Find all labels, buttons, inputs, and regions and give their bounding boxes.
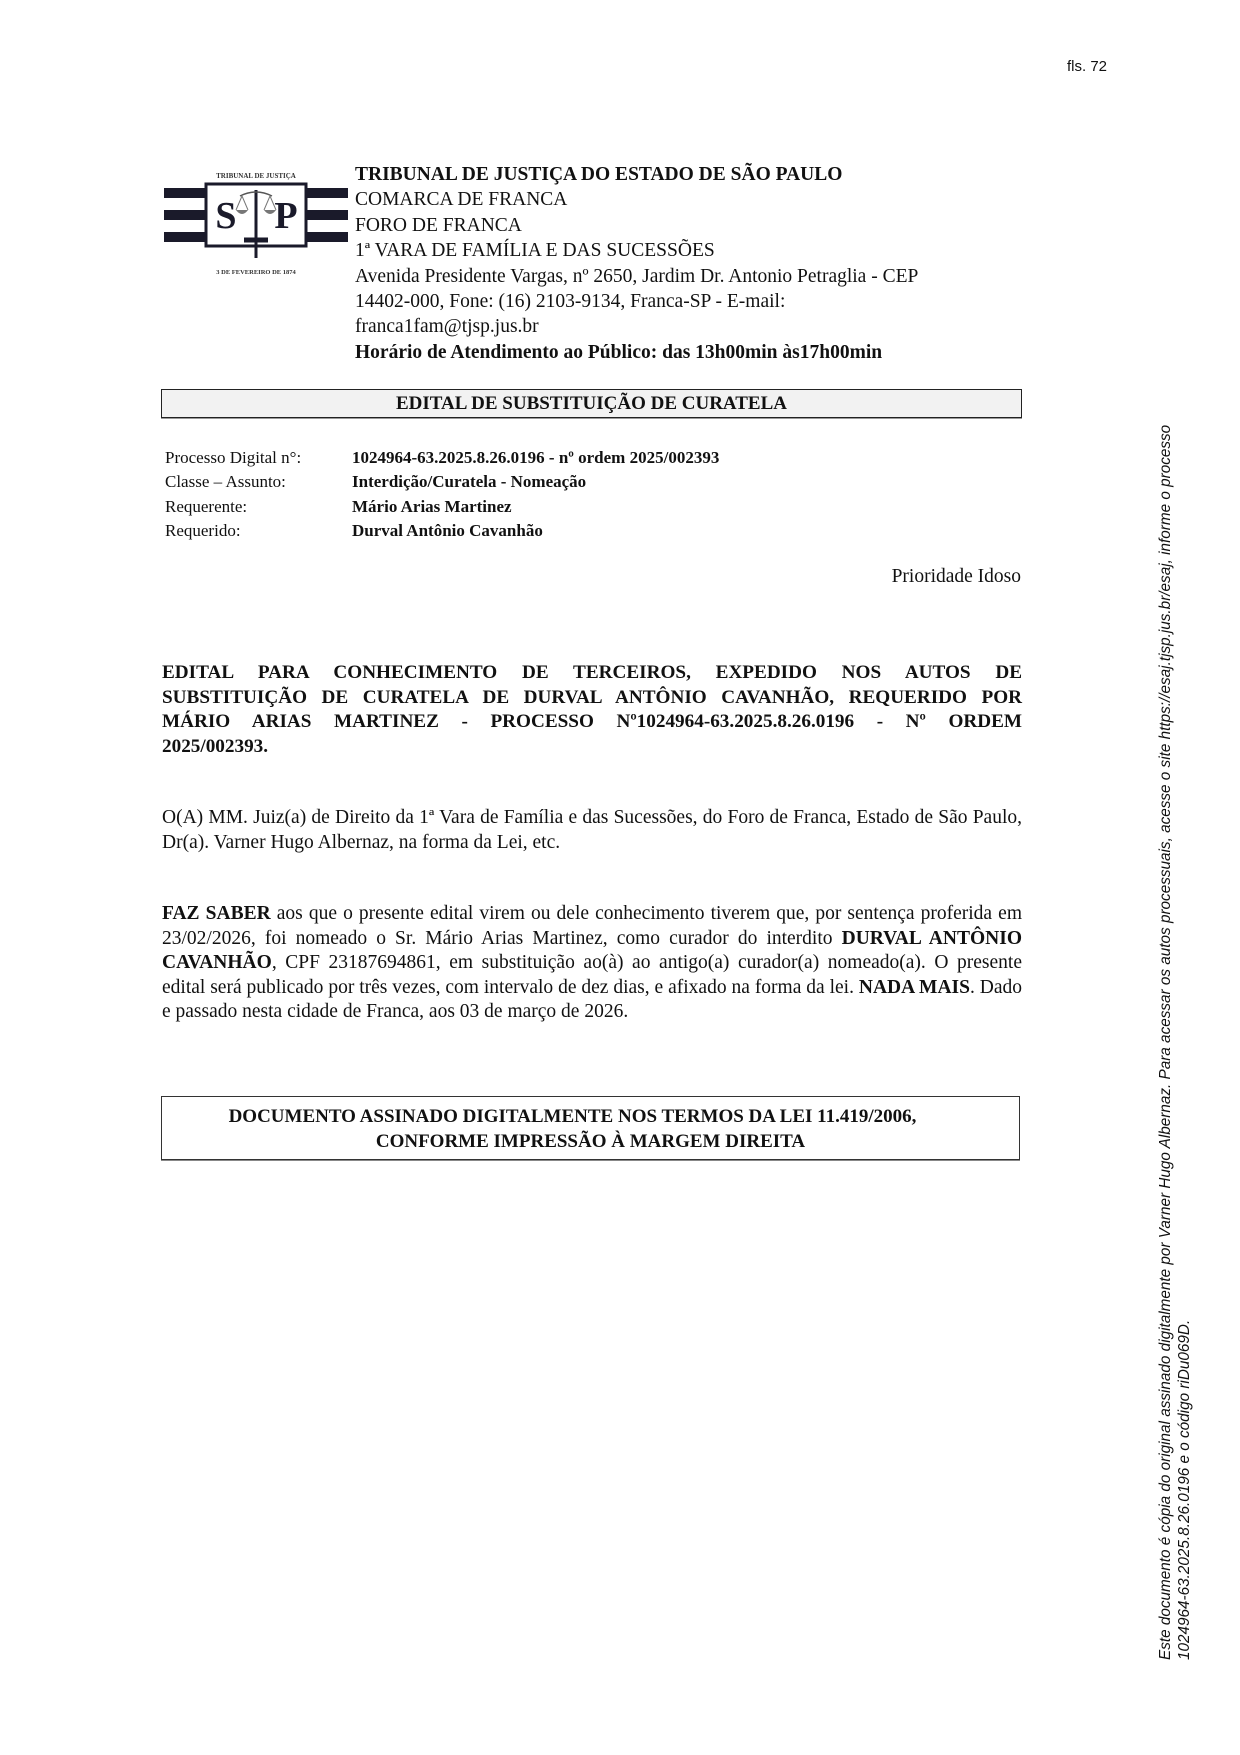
detail-row-defendant: Requerido: Durval Antônio Cavanhão [165, 519, 1025, 543]
logo-letter-s: S [215, 195, 236, 237]
intro-paragraph: O(A) MM. Juiz(a) de Direito da 1ª Vara d… [162, 806, 1022, 855]
court-name: TRIBUNAL DE JUSTIÇA DO ESTADO DE SÃO PAU… [355, 162, 1015, 187]
detail-value: 1024964-63.2025.8.26.0196 - nº ordem 202… [352, 446, 719, 470]
vara: 1ª VARA DE FAMÍLIA E DAS SUCESSÕES [355, 238, 1015, 263]
email: franca1fam@tjsp.jus.br [355, 314, 1015, 339]
detail-row-plaintiff: Requerente: Mário Arias Martinez [165, 495, 1025, 519]
margin-note-line-1: Este documento é cópia do original assin… [1156, 295, 1175, 1660]
digital-signature-notice: DOCUMENTO ASSINADO DIGITALMENTE NOS TERM… [161, 1096, 1020, 1160]
logo-top-text: TRIBUNAL DE JUSTIÇA [216, 172, 296, 180]
logo-letter-p: P [274, 195, 297, 237]
logo-bottom-text: 3 DE FEVEREIRO DE 1874 [216, 269, 296, 276]
court-header: TRIBUNAL DE JUSTIÇA DO ESTADO DE SÃO PAU… [355, 162, 1015, 365]
document-title: EDITAL DE SUBSTITUIÇÃO DE CURATELA [161, 389, 1022, 418]
nada-mais: NADA MAIS [859, 977, 970, 998]
address-line-1: Avenida Presidente Vargas, nº 2650, Jard… [355, 264, 1015, 289]
comarca: COMARCA DE FRANCA [355, 187, 1015, 212]
court-logo: TRIBUNAL DE JUSTIÇA S P 3 DE FEVEREIRO D… [164, 150, 348, 285]
signature-notice-line-1: DOCUMENTO ASSINADO DIGITALMENTE NOS TERM… [126, 1104, 1019, 1129]
detail-label: Requerente: [165, 495, 352, 519]
detail-row-process: Processo Digital n°: 1024964-63.2025.8.2… [165, 446, 1025, 470]
detail-value: Mário Arias Martinez [352, 495, 512, 519]
detail-label: Classe – Assunto: [165, 470, 352, 494]
priority-label: Prioridade Idoso [892, 566, 1021, 588]
margin-note-line-2: 1024964-63.2025.8.26.0196 e o código riD… [1175, 295, 1194, 1660]
office-hours: Horário de Atendimento ao Público: das 1… [355, 340, 1015, 365]
detail-value: Durval Antônio Cavanhão [352, 519, 543, 543]
foro: FORO DE FRANCA [355, 213, 1015, 238]
detail-row-class: Classe – Assunto: Interdição/Curatela - … [165, 470, 1025, 494]
detail-value: Interdição/Curatela - Nomeação [352, 470, 586, 494]
detail-label: Requerido: [165, 519, 352, 543]
address-line-2: 14402-000, Fone: (16) 2103-9134, Franca-… [355, 289, 1015, 314]
edital-heading-paragraph: EDITAL PARA CONHECIMENTO DE TERCEIROS, E… [162, 661, 1022, 759]
tjsp-coat-of-arms-icon: TRIBUNAL DE JUSTIÇA S P 3 DE FEVEREIRO D… [164, 150, 348, 285]
page-number: fls. 72 [1067, 58, 1107, 75]
process-details: Processo Digital n°: 1024964-63.2025.8.2… [165, 446, 1025, 543]
body-paragraph: FAZ SABER aos que o presente edital vire… [162, 902, 1022, 1025]
faz-saber: FAZ SABER [162, 903, 271, 924]
signature-notice-line-2: CONFORME IMPRESSÃO À MARGEM DIREITA [162, 1129, 1019, 1154]
detail-label: Processo Digital n°: [165, 446, 352, 470]
margin-authentication-note: Este documento é cópia do original assin… [1156, 295, 1194, 1660]
